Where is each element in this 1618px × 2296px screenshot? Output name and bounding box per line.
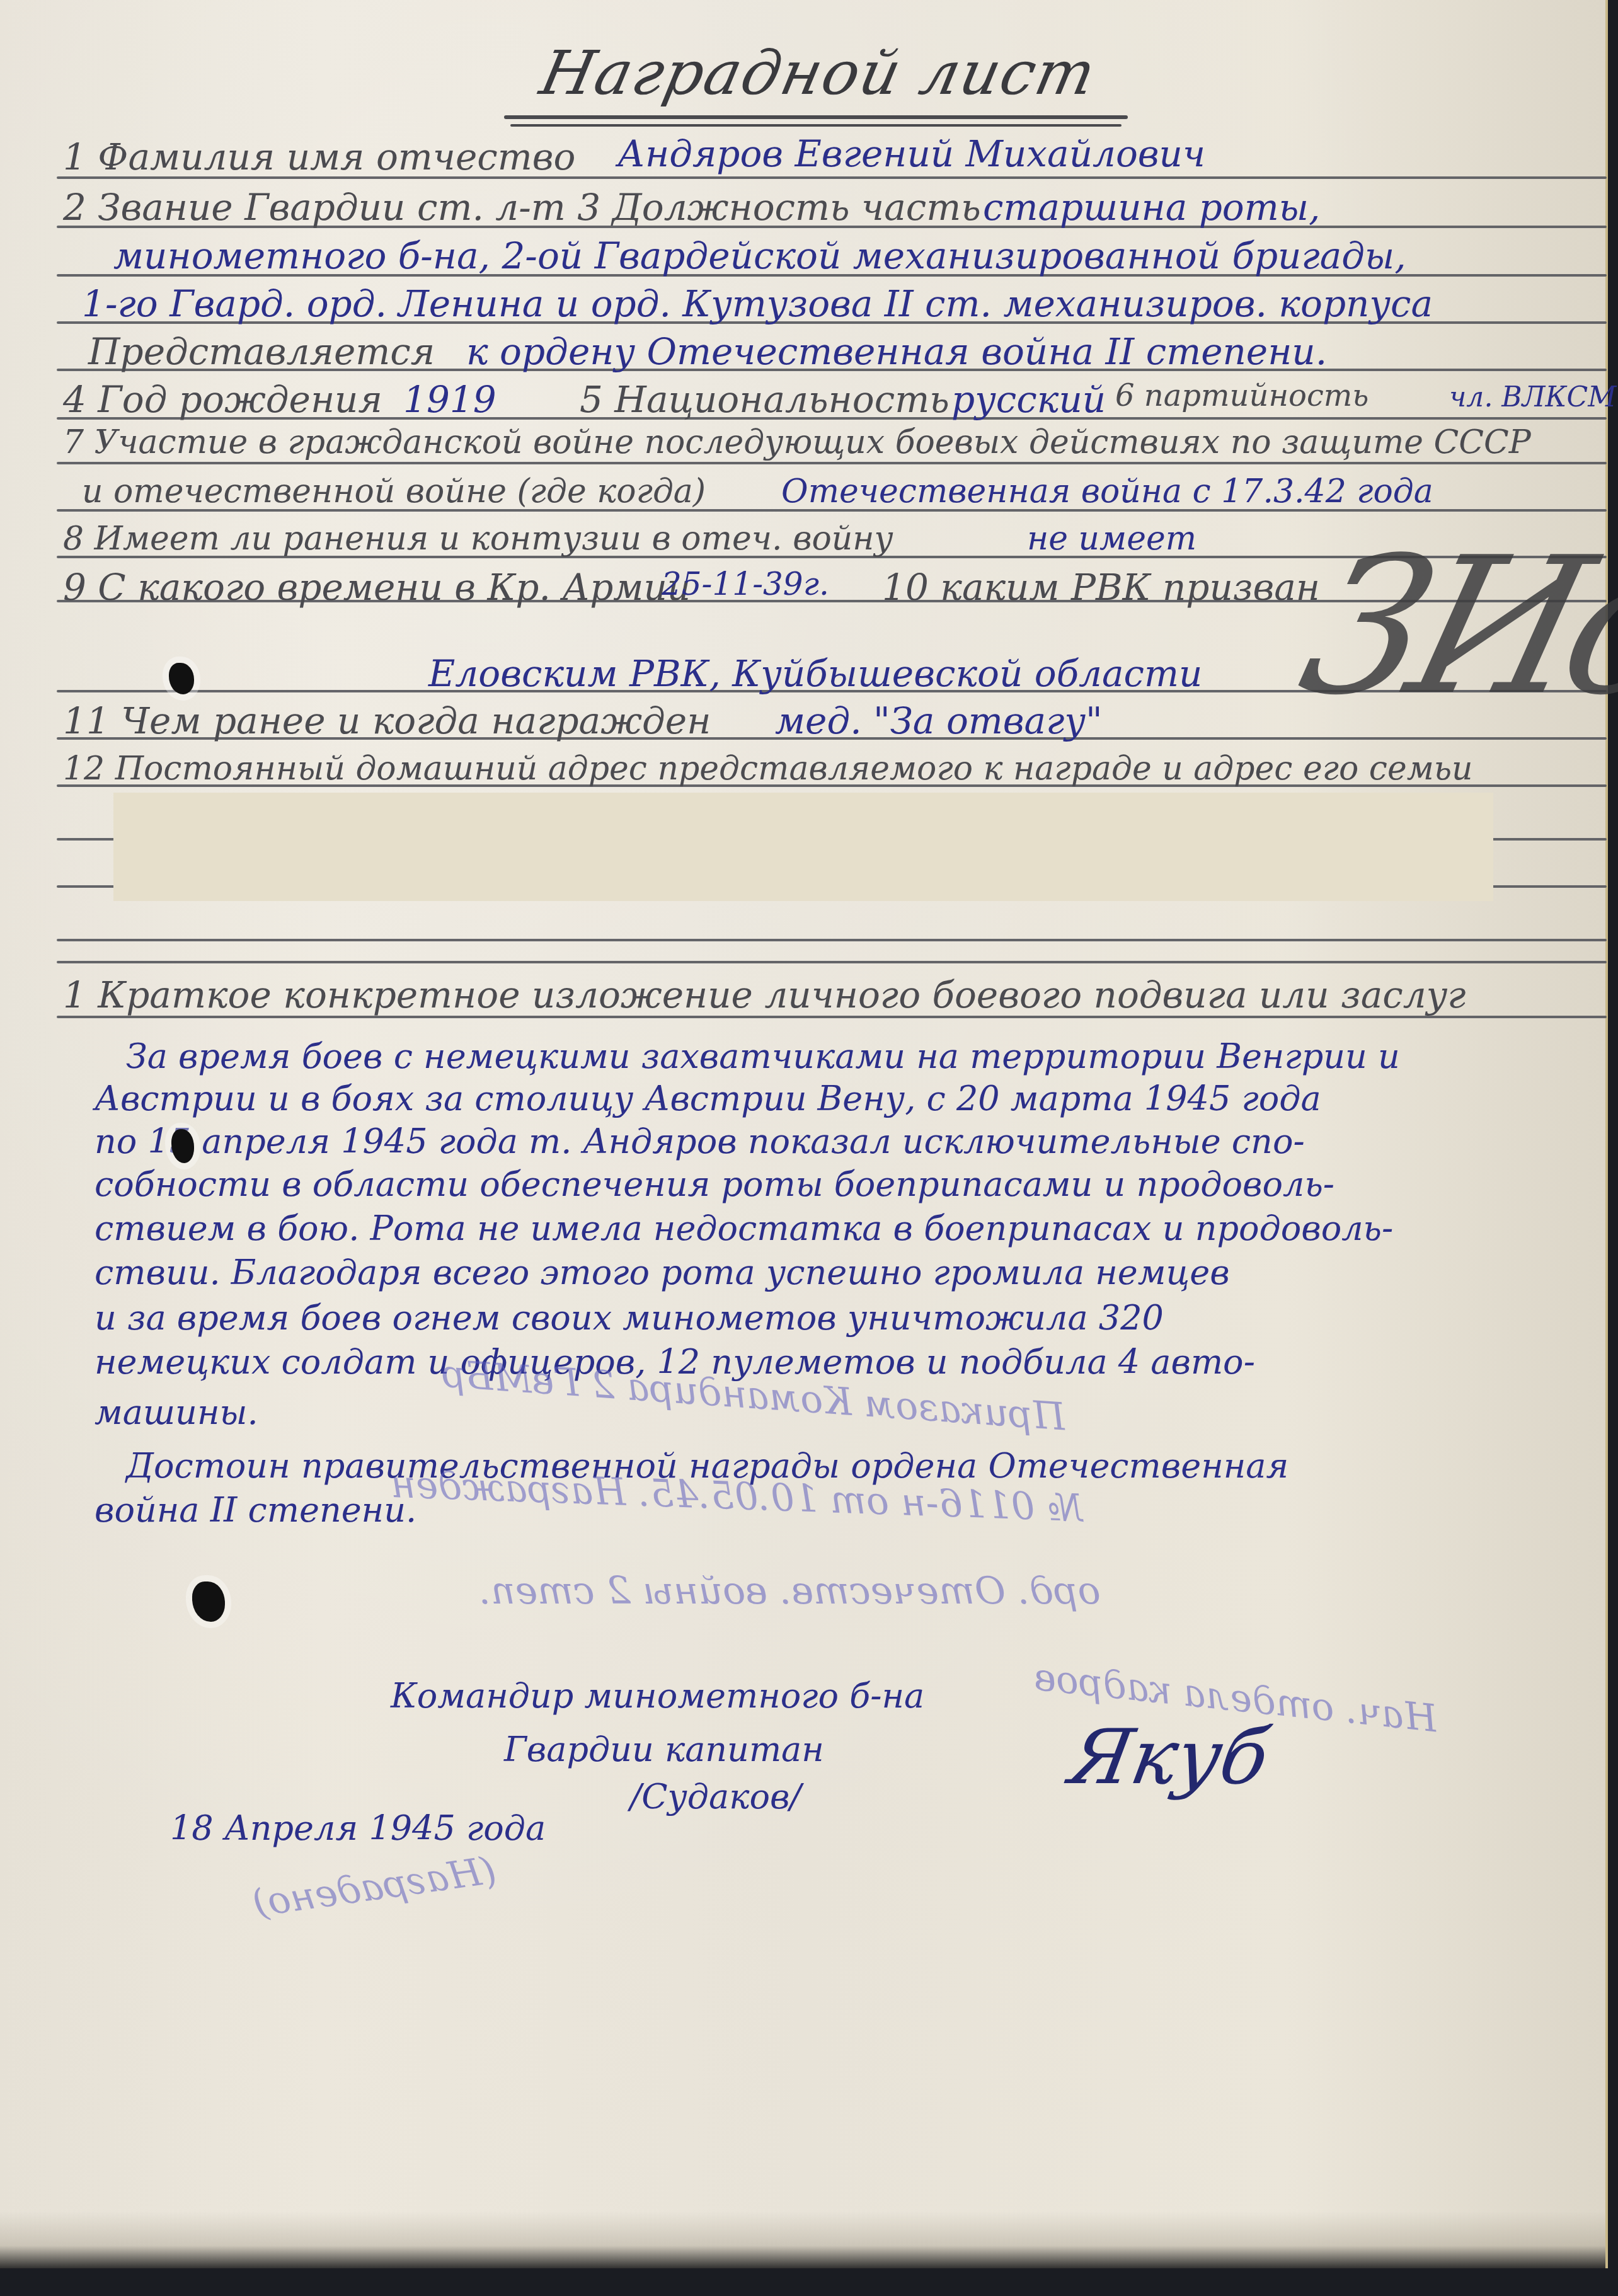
field-label-party: 6 партийность — [1115, 378, 1368, 413]
ruled-line — [57, 961, 1607, 963]
field-value-wounds: не имеет — [1027, 520, 1196, 558]
mirrored-stamp-award: орд. Отечеств. войны 2 степ. — [479, 1569, 1101, 1613]
field-value-birth-year: 1919 — [403, 378, 496, 421]
section-heading-feat: 1 Краткое конкретное изложение личного б… — [63, 973, 1466, 1016]
field-value-nationality: русский — [951, 378, 1106, 421]
field-label-wounds: 8 Имеет ли ранения и контузии в отеч. во… — [63, 520, 893, 558]
document-page: Наградной лист 1 Фамилия имя отчество Ан… — [0, 0, 1608, 2268]
narrative-line: и за время боев огнем своих минометов ун… — [95, 1298, 1164, 1338]
field-value-patriotic-war: Отечественная война с 17.3.42 года — [781, 473, 1433, 510]
handwritten-signature: Якуб — [1064, 1714, 1275, 1801]
field-value-unit-1: минометного б-на, 2-ой Гвардейской механ… — [113, 234, 1406, 277]
narrative-line: машины. — [95, 1392, 258, 1432]
field-label-represented: Представляется — [88, 330, 435, 373]
punch-hole — [192, 1581, 225, 1622]
field-label-conscripted-by: 10 каким РВК призван — [882, 566, 1320, 609]
ruled-line — [57, 462, 1607, 464]
title-underline-2 — [510, 124, 1122, 127]
field-label-nationality: 5 Национальность — [580, 378, 950, 421]
signature-title-line1: Командир минометного б-на — [391, 1676, 924, 1716]
field-label-birth-year: 4 Год рождения — [63, 378, 382, 421]
field-label-name: 1 Фамилия имя отчество — [63, 135, 575, 178]
document-title: Наградной лист — [534, 38, 1103, 108]
mirrored-stamp-awarded: (Наградено) — [250, 1848, 499, 1926]
field-value-prior-awards: мед. "За отвагу" — [775, 699, 1103, 742]
signature-date: 18 Апреля 1945 года — [170, 1808, 546, 1848]
conclusion-line: война II степени. — [95, 1490, 416, 1530]
margin-pencil-mark: 3Ис — [1283, 517, 1618, 737]
field-label-address: 12 Постоянный домашний адрес представляе… — [63, 750, 1473, 788]
field-value-party: чл. ВЛКСМ — [1449, 381, 1616, 413]
narrative-line: ствием в бою. Рота не имела недостатка в… — [95, 1208, 1393, 1248]
ruled-line — [57, 939, 1607, 941]
title-underline — [504, 115, 1128, 119]
field-value-award: к ордену Отечественная война II степени. — [466, 330, 1327, 373]
field-value-position: старшина роты, — [983, 186, 1320, 229]
field-label-patriotic-war: и отечественной войне (где когда) — [82, 473, 706, 510]
signature-name: /Судаков/ — [630, 1777, 801, 1817]
field-label-army-since: 9 С какого времени в Кр. Армии — [63, 566, 691, 609]
field-value-name: Андяров Евгений Михайлович — [617, 132, 1205, 175]
narrative-line: Австрии и в боях за столицу Австрии Вену… — [95, 1079, 1321, 1118]
narrative-line: собности в области обеспечения роты боеп… — [95, 1164, 1334, 1204]
field-value-conscripted-by: Еловским РВК, Куйбышевской области — [428, 652, 1202, 695]
field-label-prior-awards: 11 Чем ранее и когда награжден — [63, 699, 711, 742]
redacted-address — [113, 793, 1493, 901]
signature-title-line2: Гвардии капитан — [504, 1730, 824, 1769]
narrative-line: по 15 апреля 1945 года т. Андяров показа… — [95, 1122, 1305, 1161]
field-value-army-since: 25-11-39г. — [662, 566, 829, 602]
narrative-line: За время боев с немецкими захватчиками н… — [126, 1036, 1400, 1076]
narrative-line: ствии. Благодаря всего этого рота успешн… — [95, 1253, 1230, 1292]
field-label-civil-war: 7 Участие в гражданской войне последующи… — [63, 423, 1531, 461]
field-value-unit-2: 1-го Гвард. орд. Ленина и орд. Кутузова … — [82, 282, 1433, 325]
field-label-rank-position: 2 Звание Гвардии ст. л-т 3 Должность час… — [63, 186, 981, 229]
